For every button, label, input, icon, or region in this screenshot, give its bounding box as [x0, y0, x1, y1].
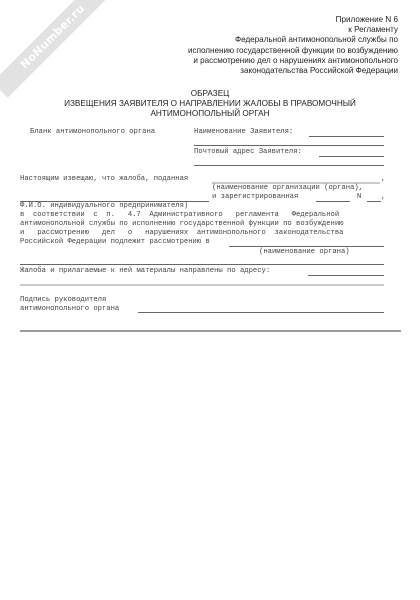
applicant-address-field-line2[interactable]	[194, 165, 384, 166]
header-line: Приложение N 6	[138, 15, 398, 25]
entrepreneur-hint: Ф.И.О. индивидуального предпринимателя)	[20, 202, 188, 211]
organ-hint: (наименование органа)	[259, 248, 350, 257]
header-line: и рассмотрению дел о нарушениях антимоно…	[138, 56, 398, 66]
title-line: ИЗВЕЩЕНИЯ ЗАЯВИТЕЛЯ О НАПРАВЛЕНИИ ЖАЛОБЫ…	[40, 99, 380, 109]
registration-number-field[interactable]	[367, 201, 381, 202]
body-line: и рассмотрению дел о нарушениях антимоно…	[20, 229, 344, 238]
applicant-name-field[interactable]	[309, 136, 384, 137]
sent-address-label: Жалоба и прилагаемые к ней материалы нап…	[20, 267, 270, 276]
applicant-name-field-line2[interactable]	[194, 145, 384, 146]
header-line: исполнению государственной функции по во…	[138, 46, 398, 56]
signature-label: Подпись руководителя	[20, 296, 106, 305]
document-page: NoNumber.ru Приложение N 6 к Регламенту …	[0, 0, 420, 600]
body-line: Российской Федерации подлежит рассмотрен…	[20, 238, 210, 247]
watermark-banner: NoNumber.ru	[0, 0, 114, 98]
organization-hint: (наименование организации (органа),	[212, 184, 363, 193]
sent-address-field[interactable]	[308, 275, 384, 276]
sent-address-field-line2[interactable]	[20, 284, 384, 286]
header-line: Федеральной антимонопольной службы по	[138, 35, 398, 45]
blank-label: Бланк антимонопольного органа	[30, 128, 155, 137]
registration-date-field[interactable]	[316, 201, 350, 202]
title-line: АНТИМОНОПОЛЬНЫЙ ОРГАН	[40, 109, 380, 119]
divider-line	[20, 264, 384, 265]
document-title: ОБРАЗЕЦ ИЗВЕЩЕНИЯ ЗАЯВИТЕЛЯ О НАПРАВЛЕНИ…	[40, 89, 380, 120]
header-line: к Регламенту	[138, 25, 398, 35]
signature-label: антимонопольного органа	[20, 305, 119, 314]
comma: ,	[381, 175, 385, 184]
title-line: ОБРАЗЕЦ	[40, 89, 380, 99]
comma: ,	[381, 193, 385, 202]
signature-field[interactable]	[138, 312, 384, 313]
applicant-name-label: Наименование Заявителя:	[194, 128, 293, 137]
review-organ-field[interactable]	[229, 246, 384, 247]
header-line: законодательства Российской Федерации	[138, 66, 398, 76]
body-line: антимонопольной службы по исполнению гос…	[20, 220, 344, 229]
notice-intro: Настоящим извещаю, что жалоба, поданная	[20, 175, 188, 184]
bottom-rule	[20, 330, 401, 332]
appendix-header: Приложение N 6 к Регламенту Федеральной …	[138, 15, 398, 76]
applicant-address-field[interactable]	[319, 156, 384, 157]
applicant-address-label: Почтовый адрес Заявителя:	[194, 148, 302, 157]
number-sign: N	[357, 193, 361, 202]
registered-text: и зарегистрированная	[212, 193, 298, 202]
body-line: в соответствии с п. 4.7 Административног…	[20, 211, 339, 220]
